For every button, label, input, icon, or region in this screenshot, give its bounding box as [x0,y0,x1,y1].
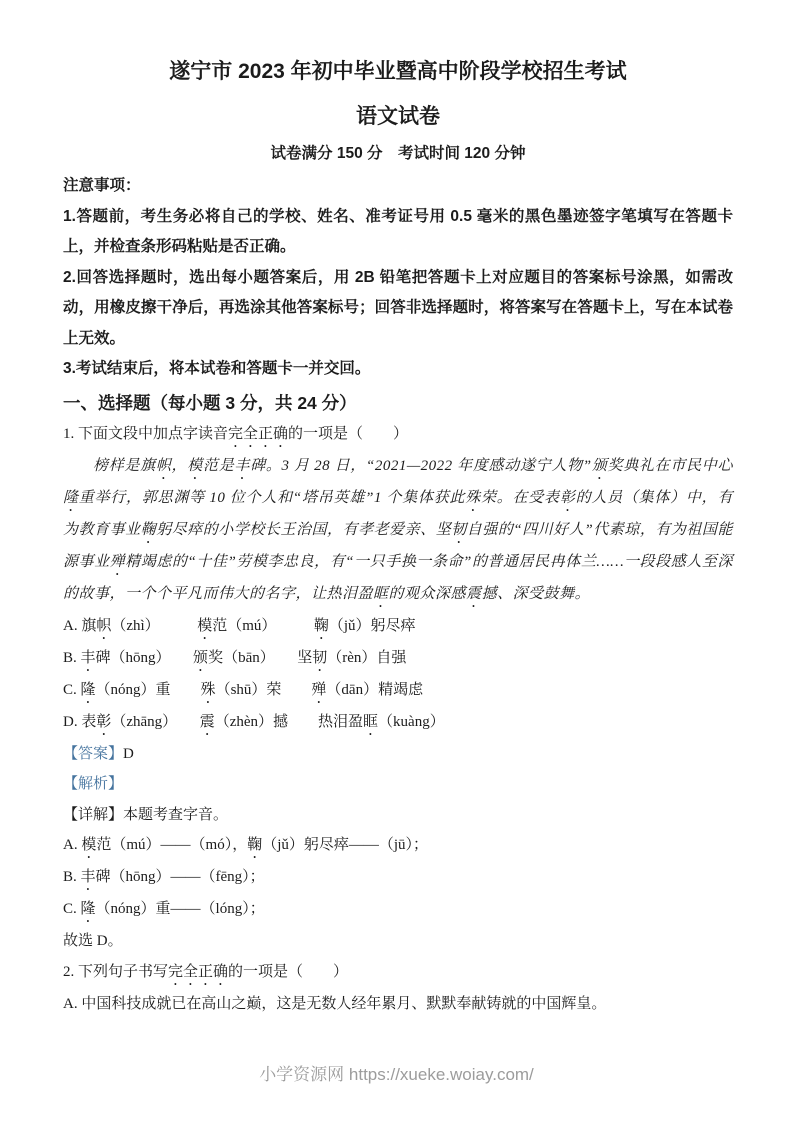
exam-title: 遂宁市 2023 年初中毕业暨高中阶段学校招生考试 [63,56,733,88]
detail-intro: 本题考查字音。 [123,807,228,823]
question-1-option-c: C. 隆（nóng）重 殊（shū）荣 殚（dān）精竭虑 [63,675,733,707]
detail-label: 【详解】 [63,807,123,823]
section-1-heading: 一、选择题（每小题 3 分，共 24 分） [63,387,733,419]
analysis-label: 【解析】 [63,776,123,792]
exam-meta: 试卷满分 150 分 考试时间 120 分钟 [63,142,733,166]
paper-title: 语文试卷 [63,102,733,132]
notice-item-2: 2.回答选择题时，选出每小题答案后，用 2B 铅笔把答题卡上对应题目的答案标号涂… [63,263,733,355]
answer-value: D [123,746,134,762]
footer-credit: 小学资源网 https://xueke.woiay.com/ [0,1060,793,1085]
exam-paper-page: 遂宁市 2023 年初中毕业暨高中阶段学校招生考试 语文试卷 试卷满分 150 … [0,0,793,1122]
question-2-option-a: A. 中国科技成就已在高山之巅，这是无数人经年累月、默默奉献铸就的中国辉皇。 [63,989,733,1020]
analysis-row: 【解析】 [63,769,733,800]
detail-row: 【详解】本题考查字音。 [63,800,733,831]
question-1-option-a: A. 旗帜（zhì） 模范（mú） 鞠（jǔ）躬尽瘁 [63,611,733,643]
detail-conclusion: 故选 D。 [63,926,733,957]
question-1-passage: 榜样是旗帜，模范是丰碑。3 月 28 日，“2021—2022 年度感动遂宁人物… [63,451,733,611]
question-1-option-d: D. 表彰（zhāng） 震（zhèn）撼 热泪盈眶（kuàng） [63,707,733,739]
question-2-stem: 2. 下列句子书写完全正确的一项是（ ） [63,957,733,989]
page-content: 遂宁市 2023 年初中毕业暨高中阶段学校招生考试 语文试卷 试卷满分 150 … [0,0,793,1019]
detail-line-c: C. 隆（nóng）重——（lóng）； [63,894,733,926]
notice-item-1: 1.答题前，考生务必将自己的学校、姓名、准考证号用 0.5 毫米的黑色墨迹签字笔… [63,202,733,263]
question-1-stem: 1. 下面文段中加点字读音完全正确的一项是（ ） [63,419,733,451]
detail-line-b: B. 丰碑（hōng）——（fēng）； [63,862,733,894]
notice-heading: 注意事项： [63,171,733,202]
detail-line-a: A. 模范（mú）——（mó），鞠（jǔ）躬尽瘁——（jū）； [63,830,733,862]
notice-item-3: 3.考试结束后，将本试卷和答题卡一并交回。 [63,354,733,385]
question-1-option-b: B. 丰碑（hōng） 颁奖（bān） 坚韧（rèn）自强 [63,643,733,675]
answer-row: 【答案】D [63,739,733,770]
answer-label: 【答案】 [63,746,123,762]
